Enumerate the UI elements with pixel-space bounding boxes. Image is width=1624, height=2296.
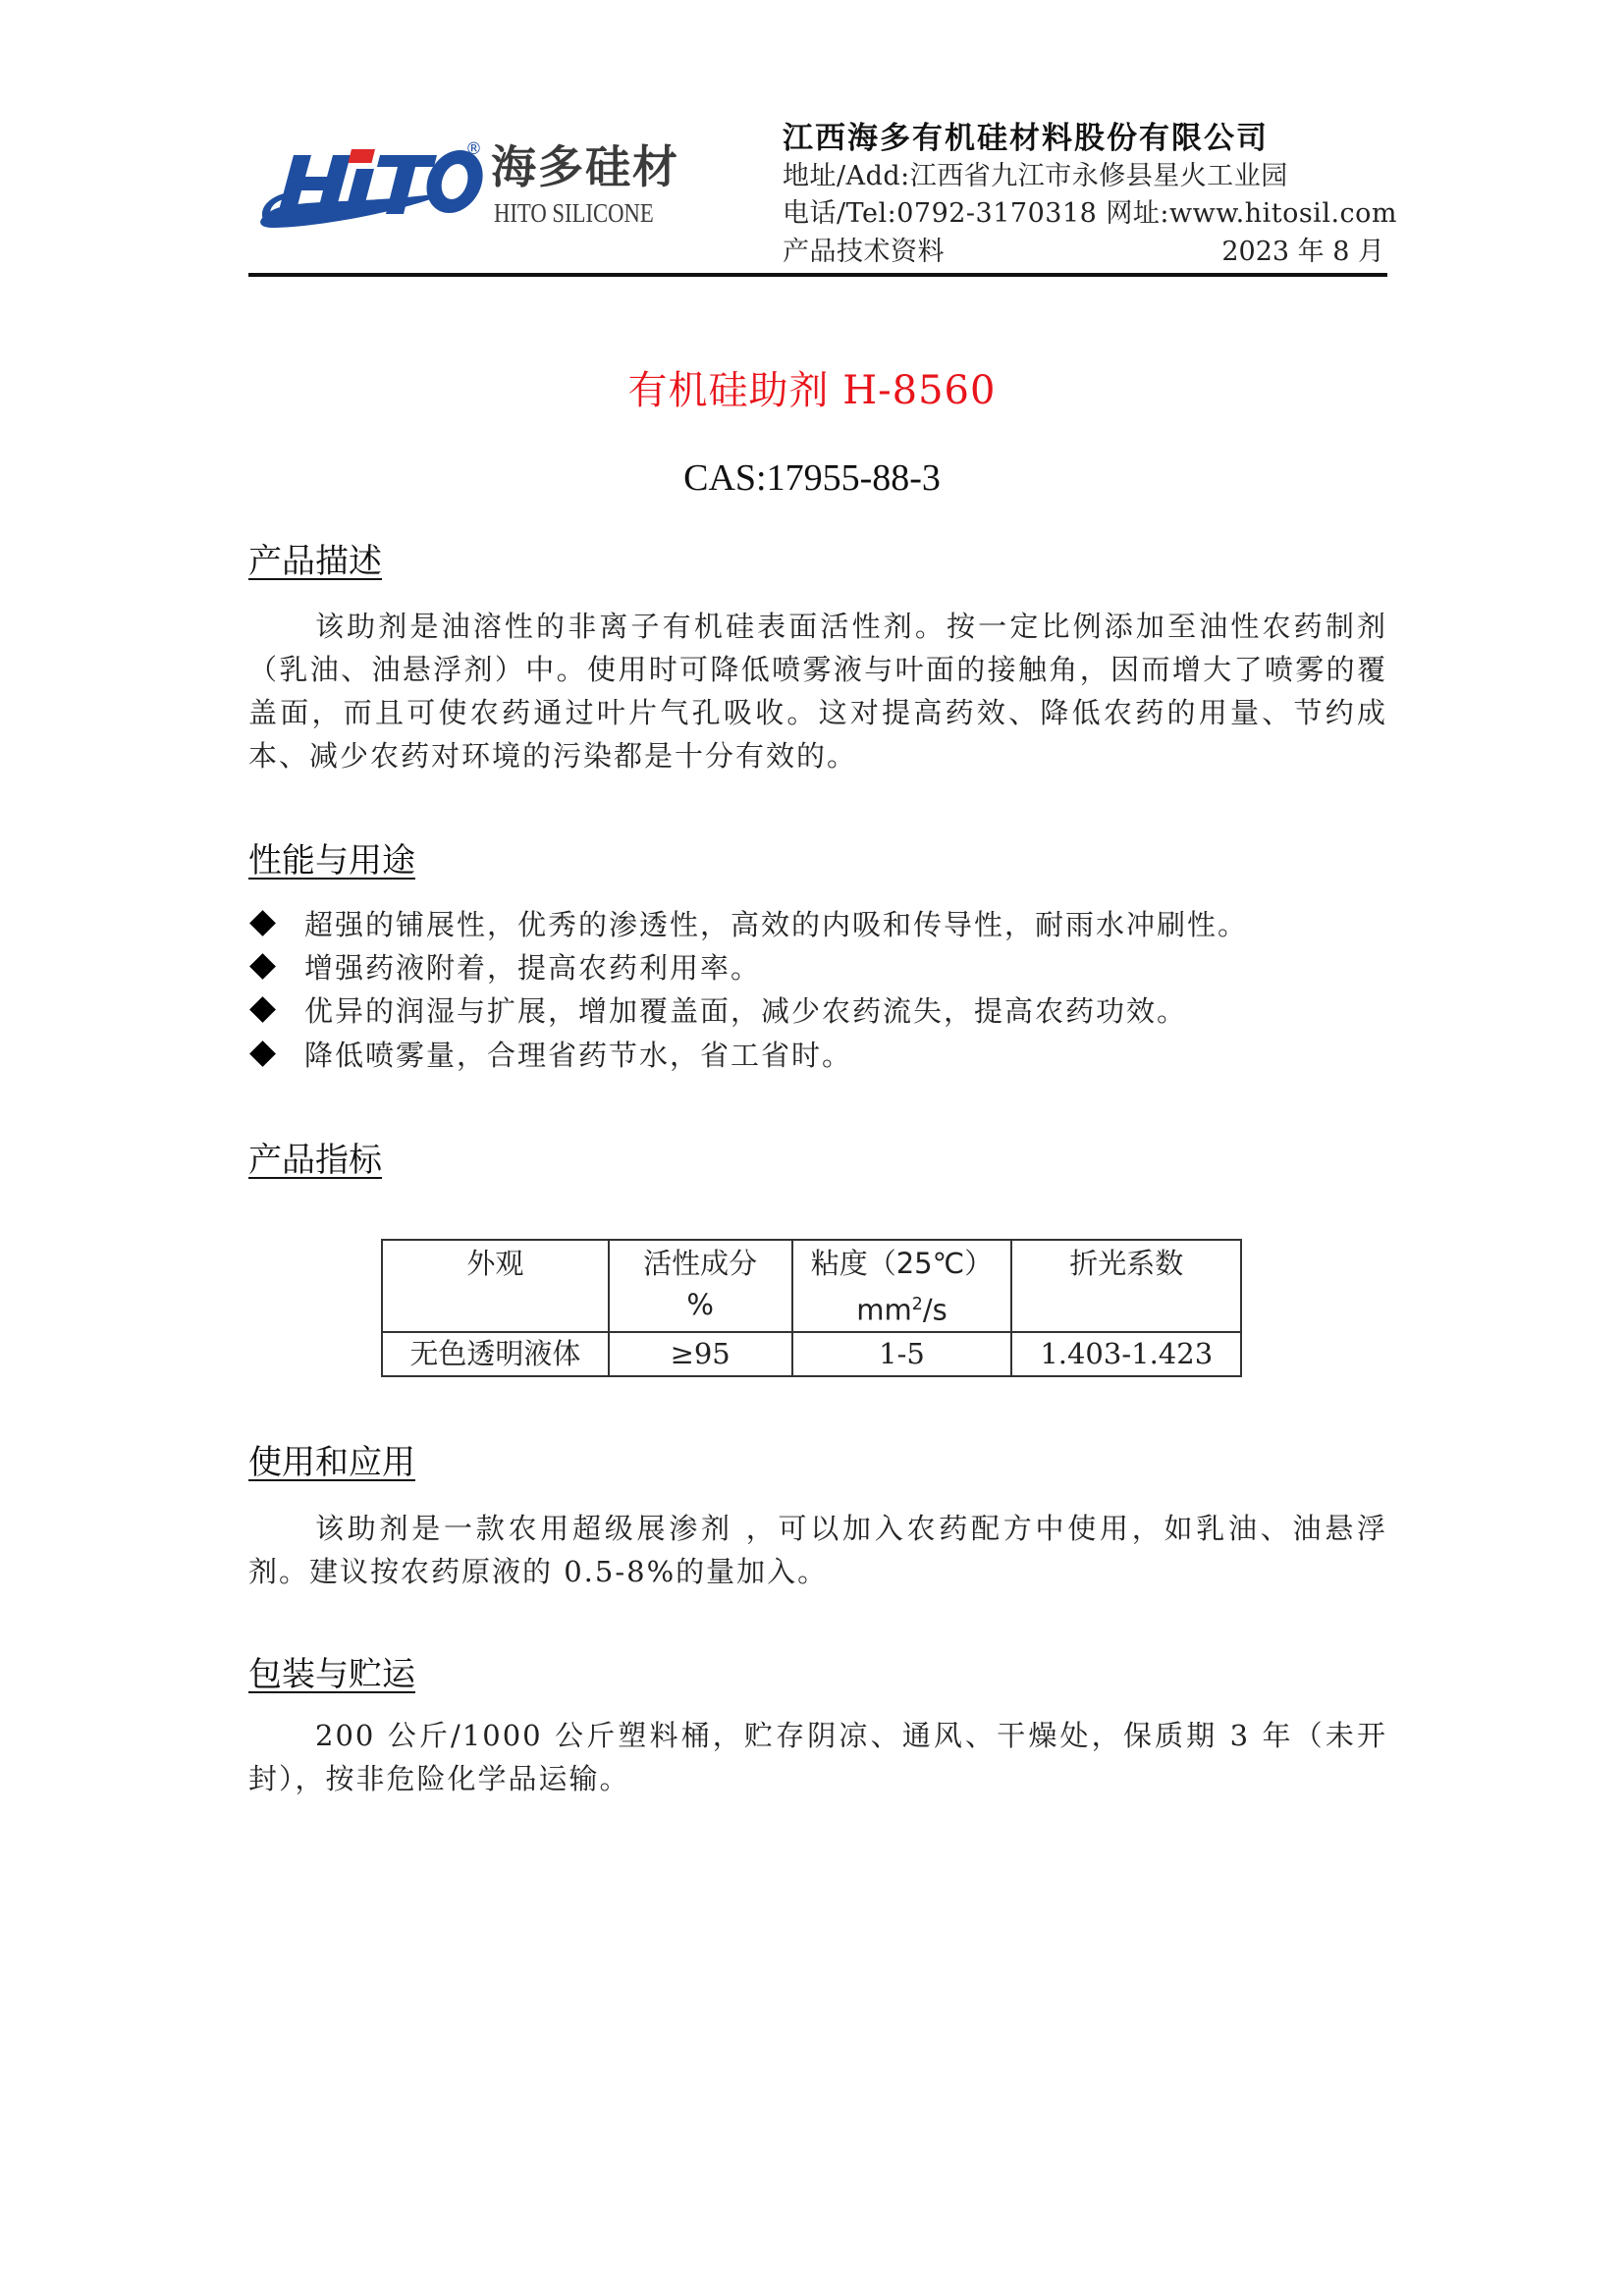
diamond-bullet-icon bbox=[248, 914, 277, 933]
doc-type: 产品技术资料 bbox=[783, 234, 945, 272]
feature-text: 增强药液附着，提高农药利用率。 bbox=[304, 946, 761, 987]
packaging-text: 200 公斤/1000 公斤塑料桶，贮存阴凉、通风、干燥处，保质期 3 年（未开… bbox=[248, 1714, 1387, 1800]
usage-text: 该助剂是一款农用超级展渗剂 ，可以加入农药配方中使用，如乳油、油悬浮剂。建议按农… bbox=[248, 1507, 1387, 1593]
table-header-cell: 活性成分 % bbox=[609, 1240, 792, 1332]
table-header-cell: 折光系数 bbox=[1011, 1240, 1241, 1332]
company-info: 江西海多有机硅材料股份有限公司 地址/Add:江西省九江市永修县星火工业园 电话… bbox=[783, 120, 1384, 271]
section-heading-usage: 使用和应用 bbox=[248, 1443, 415, 1482]
list-item: 优异的润湿与扩展，增加覆盖面，减少农药流失，提高农药功效。 bbox=[248, 988, 1387, 1032]
brand-name-cn: 海多硅材 bbox=[491, 137, 679, 196]
company-address: 地址/Add:江西省九江市永修县星火工业园 bbox=[783, 158, 1384, 196]
diamond-bullet-icon bbox=[248, 1000, 277, 1019]
description-text: 该助剂是油溶性的非离子有机硅表面活性剂。按一定比例添加至油性农药制剂（乳油、油悬… bbox=[248, 605, 1387, 777]
list-item: 增强药液附着，提高农药利用率。 bbox=[248, 944, 1387, 988]
section-heading-description: 产品描述 bbox=[248, 542, 382, 581]
doc-meta-row: 产品技术资料 2023 年 8 月 bbox=[783, 234, 1384, 272]
cas-number: CAS:17955-88-3 bbox=[0, 454, 1624, 503]
spec-table: 外观 活性成分 % 粘度（25℃） mm2/s 折光系数 无色透明液体 ≥95 … bbox=[381, 1239, 1242, 1377]
company-name: 江西海多有机硅材料股份有限公司 bbox=[783, 120, 1384, 158]
table-cell: ≥95 bbox=[609, 1332, 792, 1376]
diamond-bullet-icon bbox=[248, 1044, 277, 1063]
table-cell: 无色透明液体 bbox=[382, 1332, 609, 1376]
list-item: 超强的铺展性，优秀的渗透性，高效的内吸和传导性，耐雨水冲刷性。 bbox=[248, 901, 1387, 944]
feature-text: 降低喷雾量，合理省药节水，省工省时。 bbox=[304, 1034, 852, 1074]
table-header-cell: 外观 bbox=[382, 1240, 609, 1332]
table-row: 无色透明液体 ≥95 1-5 1.403-1.423 bbox=[382, 1332, 1241, 1376]
table-header-cell: 粘度（25℃） mm2/s bbox=[792, 1240, 1012, 1332]
registered-mark: ® bbox=[465, 139, 482, 159]
feature-text: 优异的润湿与扩展，增加覆盖面，减少农药流失，提高农药功效。 bbox=[304, 989, 1187, 1030]
table-cell: 1-5 bbox=[792, 1332, 1012, 1376]
hito-logo bbox=[250, 137, 486, 236]
diamond-bullet-icon bbox=[248, 957, 277, 976]
section-heading-specs: 产品指标 bbox=[248, 1141, 382, 1180]
table-cell: 1.403-1.423 bbox=[1011, 1332, 1241, 1376]
list-item: 降低喷雾量，合理省药节水，省工省时。 bbox=[248, 1032, 1387, 1075]
section-heading-packaging: 包装与贮运 bbox=[248, 1655, 415, 1694]
product-title: 有机硅助剂 H-8560 bbox=[0, 365, 1624, 416]
feature-text: 超强的铺展性，优秀的渗透性，高效的内吸和传导性，耐雨水冲刷性。 bbox=[304, 903, 1248, 943]
company-contact: 电话/Tel:0792-3170318 网址:www.hitosil.com bbox=[783, 195, 1384, 234]
header-rule bbox=[248, 273, 1387, 277]
doc-date: 2023 年 8 月 bbox=[1221, 234, 1384, 272]
section-heading-features: 性能与用途 bbox=[248, 841, 415, 881]
brand-name-en: HITO SILICONE bbox=[494, 197, 654, 229]
features-list: 超强的铺展性，优秀的渗透性，高效的内吸和传导性，耐雨水冲刷性。 增强药液附着，提… bbox=[248, 901, 1387, 1075]
table-header-row: 外观 活性成分 % 粘度（25℃） mm2/s 折光系数 bbox=[382, 1240, 1241, 1332]
hito-logo-icon bbox=[250, 137, 486, 236]
